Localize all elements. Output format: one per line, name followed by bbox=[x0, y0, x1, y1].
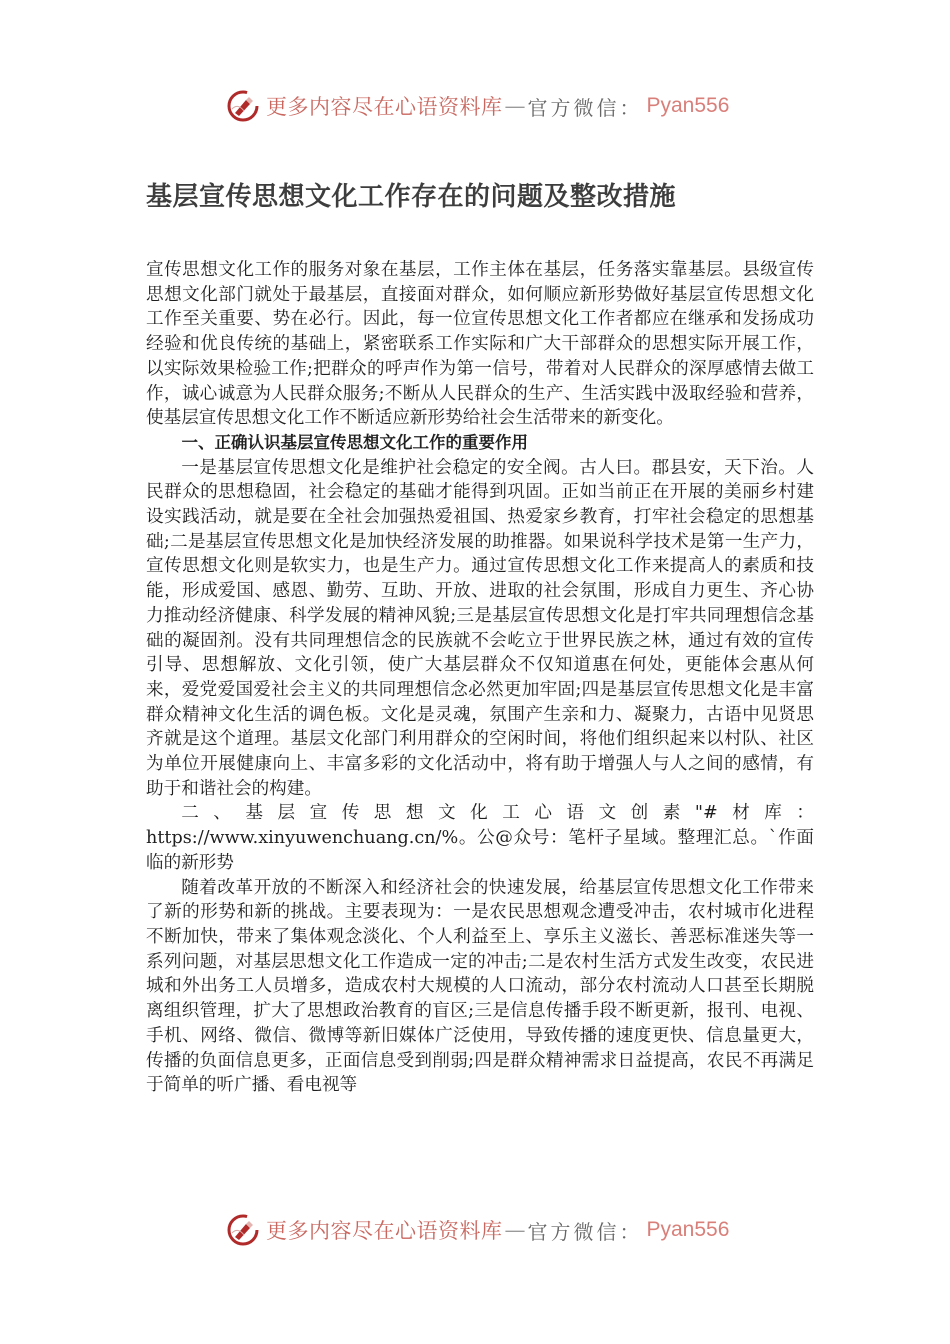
intro-paragraph: 宣传思想文化工作的服务对象在基层，工作主体在基层，任务落实靠基层。县级宣传思想文… bbox=[146, 258, 814, 431]
section-1-paragraph: 一是基层宣传思想文化是维护社会稳定的安全阀。古人曰。郡县安，天下治。人民群众的思… bbox=[146, 456, 814, 802]
document-title: 基层宣传思想文化工作存在的问题及整改措施 bbox=[146, 176, 676, 213]
watermark-brand-text: 更多内容尽在心语资料库 bbox=[266, 1215, 503, 1245]
document-body: 宣传思想文化工作的服务对象在基层，工作主体在基层，任务落实靠基层。县级宣传思想文… bbox=[146, 258, 814, 1098]
section-2-paragraph: 随着改革开放的不断深入和经济社会的快速发展，给基层宣传思想文化工作带来了新的形势… bbox=[146, 876, 814, 1098]
watermark-wechat-handle: Pyan556 bbox=[647, 1218, 730, 1242]
watermark-banner-bottom: 更多内容尽在心语资料库 — 官方微信： Pyan556 bbox=[226, 1210, 729, 1250]
watermark-wechat-label: 官方微信： bbox=[528, 1216, 643, 1245]
section-heading-2: 二、基层宣传思想文化工心语文创素"#材库：https://www.xinyuwe… bbox=[146, 801, 814, 875]
watermark-brand-text: 更多内容尽在心语资料库 bbox=[266, 91, 503, 121]
watermark-wechat-handle: Pyan556 bbox=[647, 94, 730, 118]
watermark-dash: — bbox=[505, 94, 526, 118]
watermark-wechat-label: 官方微信： bbox=[528, 92, 643, 121]
section-heading-1: 一、正确认识基层宣传思想文化工作的重要作用 bbox=[146, 431, 814, 456]
pen-nib-logo-icon bbox=[226, 89, 260, 123]
watermark-dash: — bbox=[505, 1218, 526, 1242]
watermark-banner-top: 更多内容尽在心语资料库 — 官方微信： Pyan556 bbox=[226, 86, 729, 126]
pen-nib-logo-icon bbox=[226, 1213, 260, 1247]
